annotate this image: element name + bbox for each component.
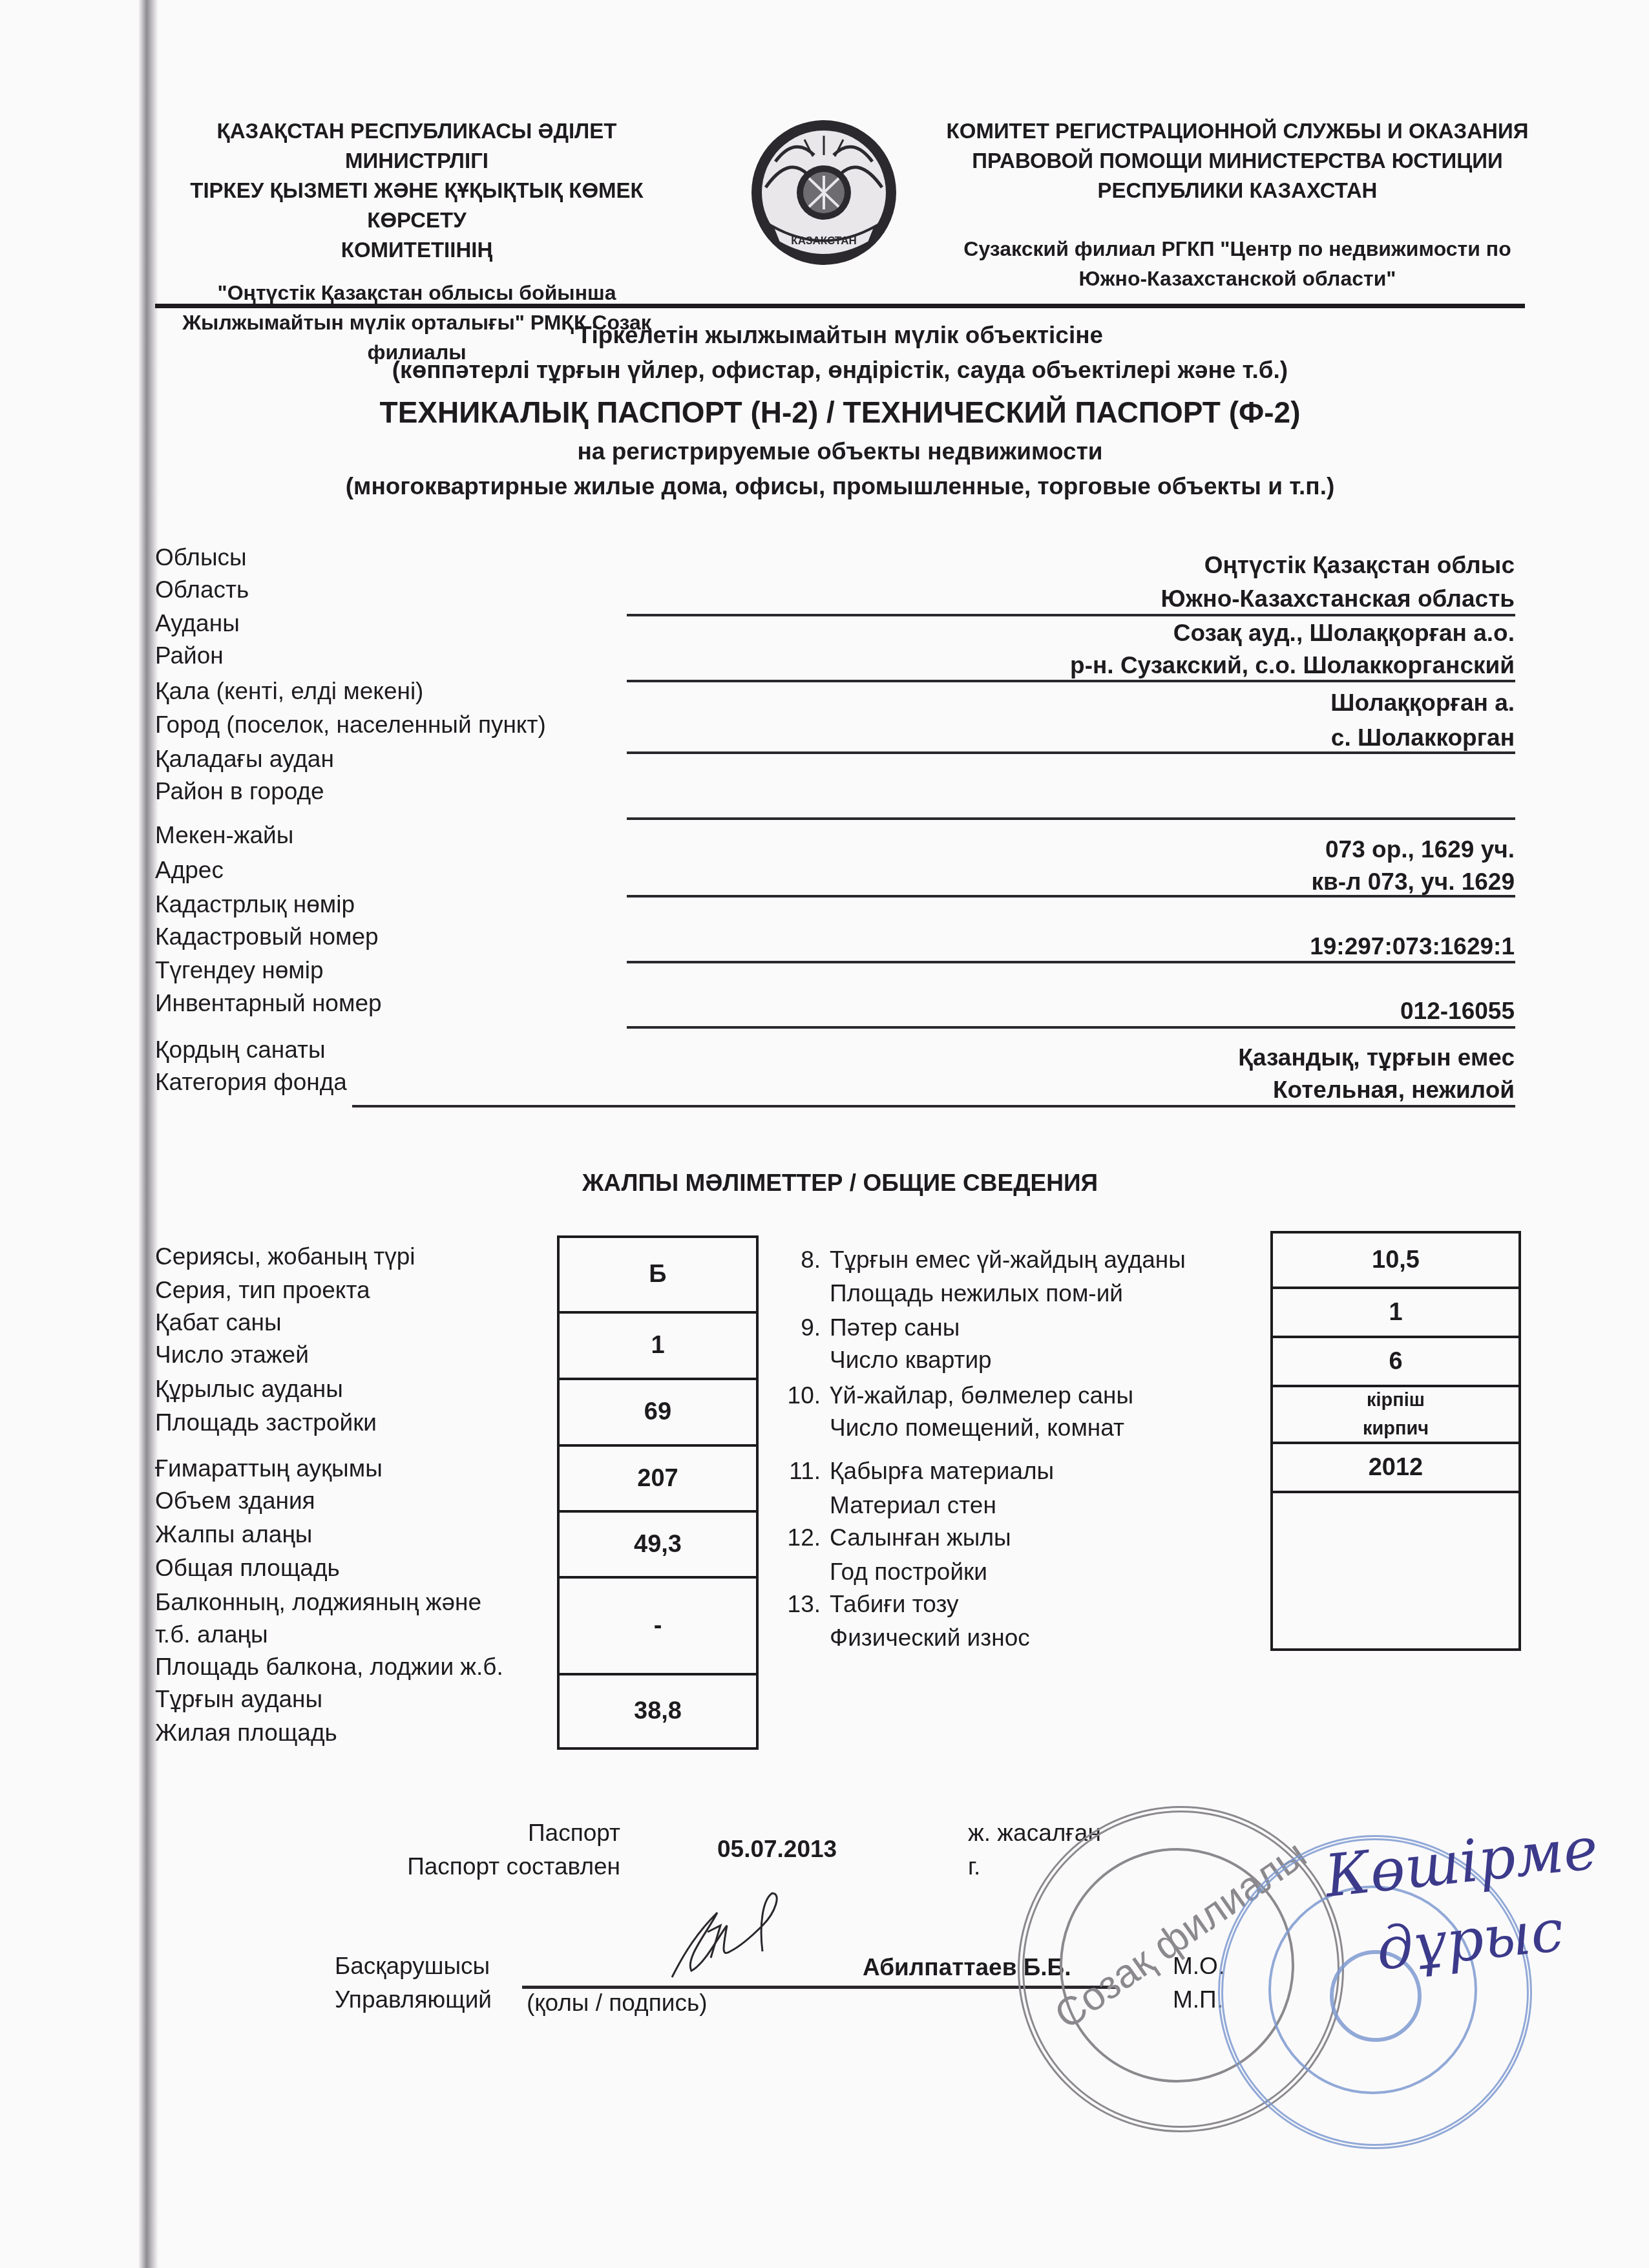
- general-label-kz: Салынған жылы: [830, 1524, 1011, 1551]
- header-left-line: КОМИТЕТІІНІҢ: [155, 235, 678, 265]
- title-line-ru: на регистрируемые объекты недвижимости: [155, 434, 1525, 469]
- field-value-ru: кв-л 073, уч. 1629: [1311, 866, 1515, 898]
- header-right-sub: Южно-Казахстанской области": [930, 264, 1544, 293]
- value-balcony-area: -: [560, 1579, 756, 1675]
- field-label-kz: Кадастрлық нөмір: [155, 888, 355, 921]
- field-label-ru: Категория фонда: [155, 1066, 347, 1098]
- field-value-kz: Оңтүстік Қазақстан облыс: [1204, 549, 1515, 582]
- field-underline: [627, 817, 1515, 820]
- made-label-ru: г.: [968, 1851, 980, 1883]
- field-label-kz: Қала (кенті, елді мекені): [155, 675, 423, 708]
- handwritten-signature-icon: [646, 1887, 859, 1984]
- general-label-kz: Қабырға материалы: [830, 1458, 1054, 1484]
- manager-label-kz: Басқарушысы: [335, 1950, 490, 1982]
- general-label-kz: Үй-жайлар, бөлмелер саны: [830, 1382, 1133, 1409]
- field-underline: [627, 1026, 1515, 1029]
- value-living-area: 38,8: [560, 1675, 756, 1747]
- general-label-kz: Тұрғын емес үй-жайдың ауданы: [830, 1246, 1186, 1273]
- value-rooms: 6: [1273, 1338, 1518, 1387]
- field-value-kz: Шолаққорған а.: [1330, 687, 1515, 719]
- value-total-area: 49,3: [560, 1513, 756, 1579]
- field-value-ru: Южно-Казахстанская область: [1161, 583, 1515, 615]
- field-value-ru: 012-16055: [1400, 995, 1515, 1027]
- general-label-kz: Балконның, лоджияның және: [155, 1586, 481, 1619]
- item-number: 9.: [775, 1312, 821, 1344]
- document-title: Тіркелетін жылжымайтын мүлік объектісіне…: [155, 318, 1525, 504]
- title-main: ТЕХНИКАЛЫҚ ПАСПОРТ (Н-2) / ТЕХНИЧЕСКИЙ П…: [155, 392, 1525, 433]
- header-right-line: ПРАВОВОЙ ПОМОЩИ МИНИСТЕРСТВА ЮСТИЦИИ: [930, 146, 1544, 176]
- field-value-ru: Котельная, нежилой: [1273, 1074, 1515, 1106]
- general-label-ru: Площадь нежилых пом-ий: [830, 1277, 1123, 1310]
- field-underline: [627, 614, 1515, 616]
- field-label-ru: Область: [155, 574, 249, 606]
- field-label-ru: Кадастровый номер: [155, 921, 379, 953]
- item-number: 11.: [775, 1455, 821, 1487]
- item-number: 12.: [775, 1522, 821, 1554]
- value-built-area: 69: [560, 1380, 756, 1447]
- title-line-kz-sub: (көппәтерлі тұрғын үйлер, офистар, өндір…: [155, 353, 1525, 388]
- value-apartments: 1: [1273, 1289, 1518, 1338]
- general-label-ru: Число помещений, комнат: [830, 1412, 1124, 1444]
- section-title-general-info: ЖАЛПЫ МӘЛІМЕТТЕР / ОБЩИЕ СВЕДЕНИЯ: [155, 1170, 1525, 1197]
- passport-label-ru: Паспорт составлен: [362, 1851, 620, 1883]
- general-label-ru: Физический износ: [830, 1622, 1030, 1654]
- field-value-kz: 073 ор., 1629 уч.: [1325, 834, 1515, 866]
- general-right-values-table: 10,5 1 6 кірпіш кирпич 2012: [1270, 1231, 1521, 1651]
- general-label-kz: Ғимараттың ауқымы: [155, 1453, 383, 1485]
- header-right-line: КОМИТЕТ РЕГИСТРАЦИОННОЙ СЛУЖБЫ И ОКАЗАНИ…: [930, 116, 1544, 146]
- header-divider: [155, 304, 1525, 308]
- svg-text:КАЗАКСТАН: КАЗАКСТАН: [791, 235, 856, 247]
- header-left-line: ҚАЗАҚСТАН РЕСПУБЛИКАСЫ ӘДІЛЕТ МИНИСТРЛІГ…: [155, 116, 678, 176]
- header-right-sub: Сузакский филиал РГКП "Центр по недвижим…: [930, 234, 1544, 264]
- general-label-kz: Қабат саны: [155, 1307, 282, 1339]
- field-value-kz: Қазандық, тұрғын емес: [1238, 1042, 1515, 1074]
- field-value-ru: р-н. Сузакский, с.о. Шолаккорганский: [1070, 649, 1515, 682]
- field-underline: [352, 1105, 1515, 1108]
- header-right-line: РЕСПУБЛИКИ КАЗАХСТАН: [930, 176, 1544, 205]
- general-left-values-table: Б 1 69 207 49,3 - 38,8: [557, 1235, 759, 1750]
- general-label-kz: Сериясы, жобаның түрі: [155, 1241, 415, 1273]
- general-label-ru: Число этажей: [155, 1339, 309, 1371]
- wall-material-ru: кирпич: [1363, 1414, 1429, 1443]
- field-label-ru: Город (поселок, населенный пункт): [155, 709, 546, 741]
- general-label-kz: Құрылыс ауданы: [155, 1373, 343, 1405]
- field-label-kz: Қаладағы аудан: [155, 743, 334, 775]
- kazakhstan-emblem-icon: КАЗАКСТАН: [737, 116, 911, 278]
- title-line-ru-sub: (многоквартирные жилые дома, офисы, пром…: [155, 469, 1525, 504]
- field-value-ru: 19:297:073:1629:1: [1310, 930, 1515, 963]
- general-label-kz: Табиғи тозу: [830, 1591, 959, 1617]
- field-label-kz: Қордың санаты: [155, 1034, 326, 1066]
- item-number: 10.: [775, 1380, 821, 1412]
- general-label-ru: Число квартир: [830, 1344, 992, 1376]
- field-value-kz: Созақ ауд., Шолаққорған а.о.: [1173, 617, 1515, 649]
- title-line-kz: Тіркелетін жылжымайтын мүлік объектісіне: [155, 318, 1525, 353]
- item-number: 13.: [775, 1588, 821, 1621]
- field-value-ru: с. Шолаккорган: [1331, 722, 1515, 754]
- general-label-kz: Жалпы алаңы: [155, 1518, 312, 1551]
- manager-label-ru: Управляющий: [335, 1984, 492, 2016]
- field-label-kz: Ауданы: [155, 607, 240, 640]
- field-label-ru: Адрес: [155, 854, 224, 887]
- field-label-kz: Облысы: [155, 541, 247, 574]
- field-label-ru: Инвентарный номер: [155, 987, 382, 1020]
- value-wall-material: кірпіш кирпич: [1273, 1387, 1518, 1444]
- general-label-ru: Жилая площадь: [155, 1717, 337, 1749]
- general-label-ru: Материал стен: [830, 1489, 996, 1522]
- header-right-ru: КОМИТЕТ РЕГИСТРАЦИОННОЙ СЛУЖБЫ И ОКАЗАНИ…: [930, 116, 1544, 293]
- item-number: 8.: [775, 1244, 821, 1276]
- value-floors: 1: [560, 1314, 756, 1380]
- passport-label-kz: Паспорт: [362, 1817, 620, 1849]
- value-physical-wear: [1273, 1493, 1518, 1648]
- field-underline: [627, 895, 1515, 898]
- general-label-kz: Тұрғын ауданы: [155, 1683, 322, 1716]
- field-label-ru: Район: [155, 640, 224, 672]
- field-label-kz: Түгендеу нөмір: [155, 954, 324, 987]
- header-left-line: ТІРКЕУ ҚЫЗМЕТІ ЖӘНЕ ҚҰҚЫҚТЫҚ КӨМЕК КӨРСЕ…: [155, 176, 678, 235]
- field-label-kz: Мекен-жайы: [155, 819, 293, 852]
- value-nonresidential-area: 10,5: [1273, 1234, 1518, 1289]
- wall-material-kz: кірпіш: [1367, 1386, 1425, 1414]
- field-label-ru: Район в городе: [155, 775, 324, 808]
- general-label-kz: т.б. алаңы: [155, 1619, 268, 1651]
- general-label-ru: Общая площадь: [155, 1552, 340, 1584]
- value-series: Б: [560, 1238, 756, 1314]
- signature-hint: (қолы / подпись): [527, 1987, 708, 2019]
- general-label-ru: Площадь застройки: [155, 1407, 377, 1439]
- general-label-ru: Объем здания: [155, 1485, 315, 1517]
- field-underline: [627, 751, 1515, 754]
- general-label-kz: Пәтер саны: [830, 1314, 960, 1341]
- field-underline: [627, 961, 1515, 963]
- value-building-volume: 207: [560, 1447, 756, 1513]
- general-label-ru: Год постройки: [830, 1556, 987, 1588]
- passport-date: 05.07.2013: [717, 1833, 837, 1865]
- general-label-ru: Серия, тип проекта: [155, 1274, 370, 1307]
- value-year-built: 2012: [1273, 1444, 1518, 1493]
- general-label-ru: Площадь балкона, лоджии ж.б.: [155, 1651, 503, 1683]
- field-underline: [627, 680, 1515, 682]
